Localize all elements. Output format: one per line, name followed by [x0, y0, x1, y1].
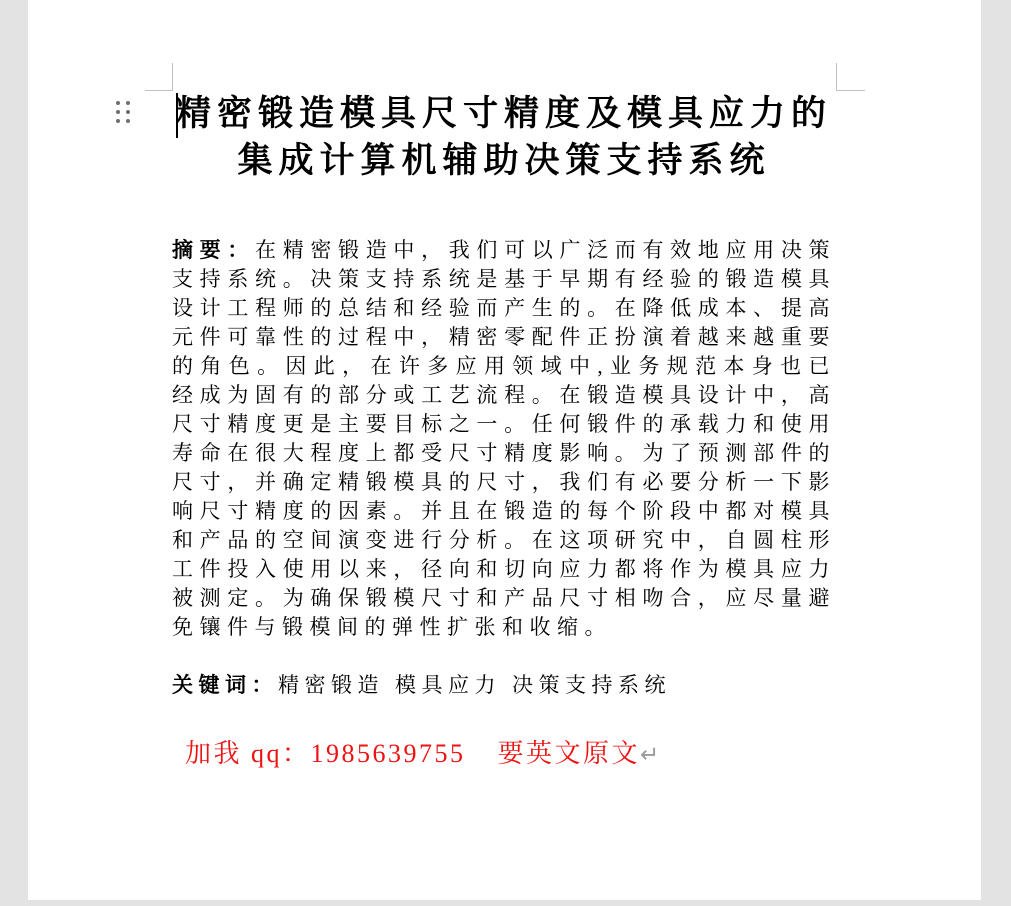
keyword-item: 精密锻造: [278, 673, 384, 697]
document-page[interactable]: 精密锻造模具尺寸精度及模具应力的 集成计算机辅助决策支持系统 摘要：在精密锻造中…: [28, 0, 981, 900]
keyword-item: 决策支持系统: [512, 673, 671, 697]
contact-request-text: 要英文原文: [498, 739, 641, 768]
handle-dot: [126, 101, 130, 105]
contact-qq-text: 加我 qq：1985639755: [185, 739, 466, 768]
keywords-line[interactable]: 关键词：精密锻造模具应力决策支持系统: [172, 671, 862, 700]
return-arrow-icon: ↵: [640, 742, 659, 768]
text-boundary-corner-top-right: [836, 63, 865, 91]
contact-line[interactable]: 加我 qq：1985639755要英文原文↵: [185, 737, 659, 772]
abstract-paragraph[interactable]: 摘要：在精密锻造中，我们可以广泛而有效地应用决策支持系统。决策支持系统是基于早期…: [172, 236, 836, 642]
handle-dot: [126, 119, 130, 123]
handle-dot: [116, 110, 120, 114]
text-boundary-corner-top-left: [145, 63, 173, 91]
document-title-line-2: 集成计算机辅助决策支持系统: [172, 137, 836, 184]
keywords-label: 关键词：: [172, 673, 278, 697]
handle-dot: [116, 101, 120, 105]
paragraph-drag-handle-icon[interactable]: [116, 101, 130, 123]
abstract-label: 摘要：: [172, 238, 255, 262]
document-title[interactable]: 精密锻造模具尺寸精度及模具应力的 集成计算机辅助决策支持系统: [172, 90, 836, 184]
handle-dot: [116, 119, 120, 123]
keyword-item: 模具应力: [395, 673, 501, 697]
handle-dot: [126, 110, 130, 114]
abstract-body-text: 在精密锻造中，我们可以广泛而有效地应用决策支持系统。决策支持系统是基于早期有经验…: [172, 238, 836, 639]
document-title-line-1: 精密锻造模具尺寸精度及模具应力的: [172, 90, 836, 137]
